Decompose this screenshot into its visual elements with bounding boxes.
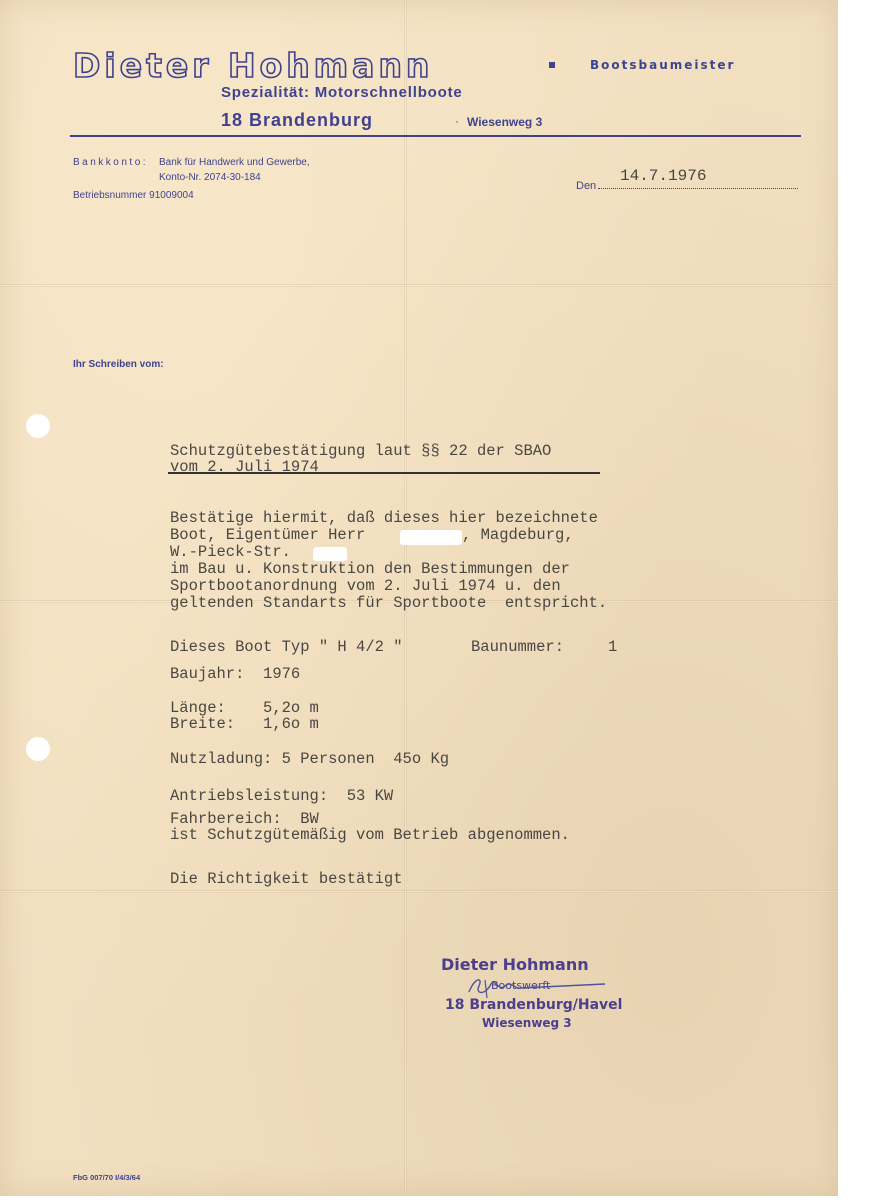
body-line-6: geltenden Standarts für Sportboote entsp… <box>170 595 607 612</box>
handwritten-signature-icon <box>465 972 615 1002</box>
spec-payload: Nutzladung: 5 Personen 45o Kg <box>170 751 449 768</box>
bank-label: Bankkonto: <box>73 157 148 168</box>
spec-width: Breite: 1,6o m <box>170 716 319 733</box>
bank-account: Konto-Nr. 2074-30-184 <box>159 172 261 183</box>
bank-name: Bank für Handwerk und Gewerbe, <box>159 157 310 168</box>
redacted-owner-name <box>400 530 462 545</box>
redacted-house-number <box>313 547 347 561</box>
form-code: FbG 007/70 I/4/3/64 <box>73 1173 140 1182</box>
reference-label: Ihr Schreiben vom: <box>73 359 164 370</box>
closing-line: Die Richtigkeit bestätigt <box>170 871 403 888</box>
letterhead-separator: · <box>455 114 459 128</box>
date-dotted-line <box>598 188 798 189</box>
date-value: 14.7.1976 <box>620 167 706 185</box>
spec-build-number-label: Baunummer: <box>471 639 564 656</box>
letterhead-name: Dieter Hohmann <box>73 46 433 85</box>
letter-paper: Dieter Hohmann Bootsbaumeister Spezialit… <box>0 0 838 1196</box>
punch-hole-top <box>26 414 50 438</box>
spec-acceptance: ist Schutzgütemäßig vom Betrieb abgenomm… <box>170 827 570 844</box>
horizontal-fold-3 <box>0 890 838 893</box>
punch-hole-bottom <box>26 737 50 761</box>
stamp-line-4: Wiesenweg 3 <box>482 1016 572 1030</box>
body-line-4: im Bau u. Konstruktion den Bestimmungen … <box>170 561 570 578</box>
body-line-2a: Boot, Eigentümer Herr <box>170 527 365 544</box>
horizontal-fold-1 <box>0 284 838 287</box>
date-label: Den <box>576 180 596 192</box>
body-line-3: W.-Pieck-Str. <box>170 544 291 561</box>
subject-underline <box>168 472 600 474</box>
body-line-1: Bestätige hiermit, daß dieses hier bezei… <box>170 510 598 527</box>
spec-build-number: 1 <box>608 639 617 656</box>
letterhead-title: Bootsbaumeister <box>590 58 735 72</box>
letterhead-bullet <box>549 62 555 68</box>
letterhead-rule <box>70 135 801 137</box>
business-number: Betriebsnummer 91009004 <box>73 190 194 201</box>
spec-power: Antriebsleistung: 53 KW <box>170 788 393 805</box>
spec-year: Baujahr: 1976 <box>170 666 300 683</box>
letterhead-street: Wiesenweg 3 <box>467 115 542 129</box>
spec-type: Dieses Boot Typ " H 4/2 " <box>170 639 403 656</box>
body-line-2b: , Magdeburg, <box>462 527 574 544</box>
letterhead-city: 18 Brandenburg <box>221 110 373 131</box>
body-line-5: Sportbootanordnung vom 2. Juli 1974 u. d… <box>170 578 561 595</box>
letterhead-specialty: Spezialität: Motorschnellboote <box>221 84 463 101</box>
